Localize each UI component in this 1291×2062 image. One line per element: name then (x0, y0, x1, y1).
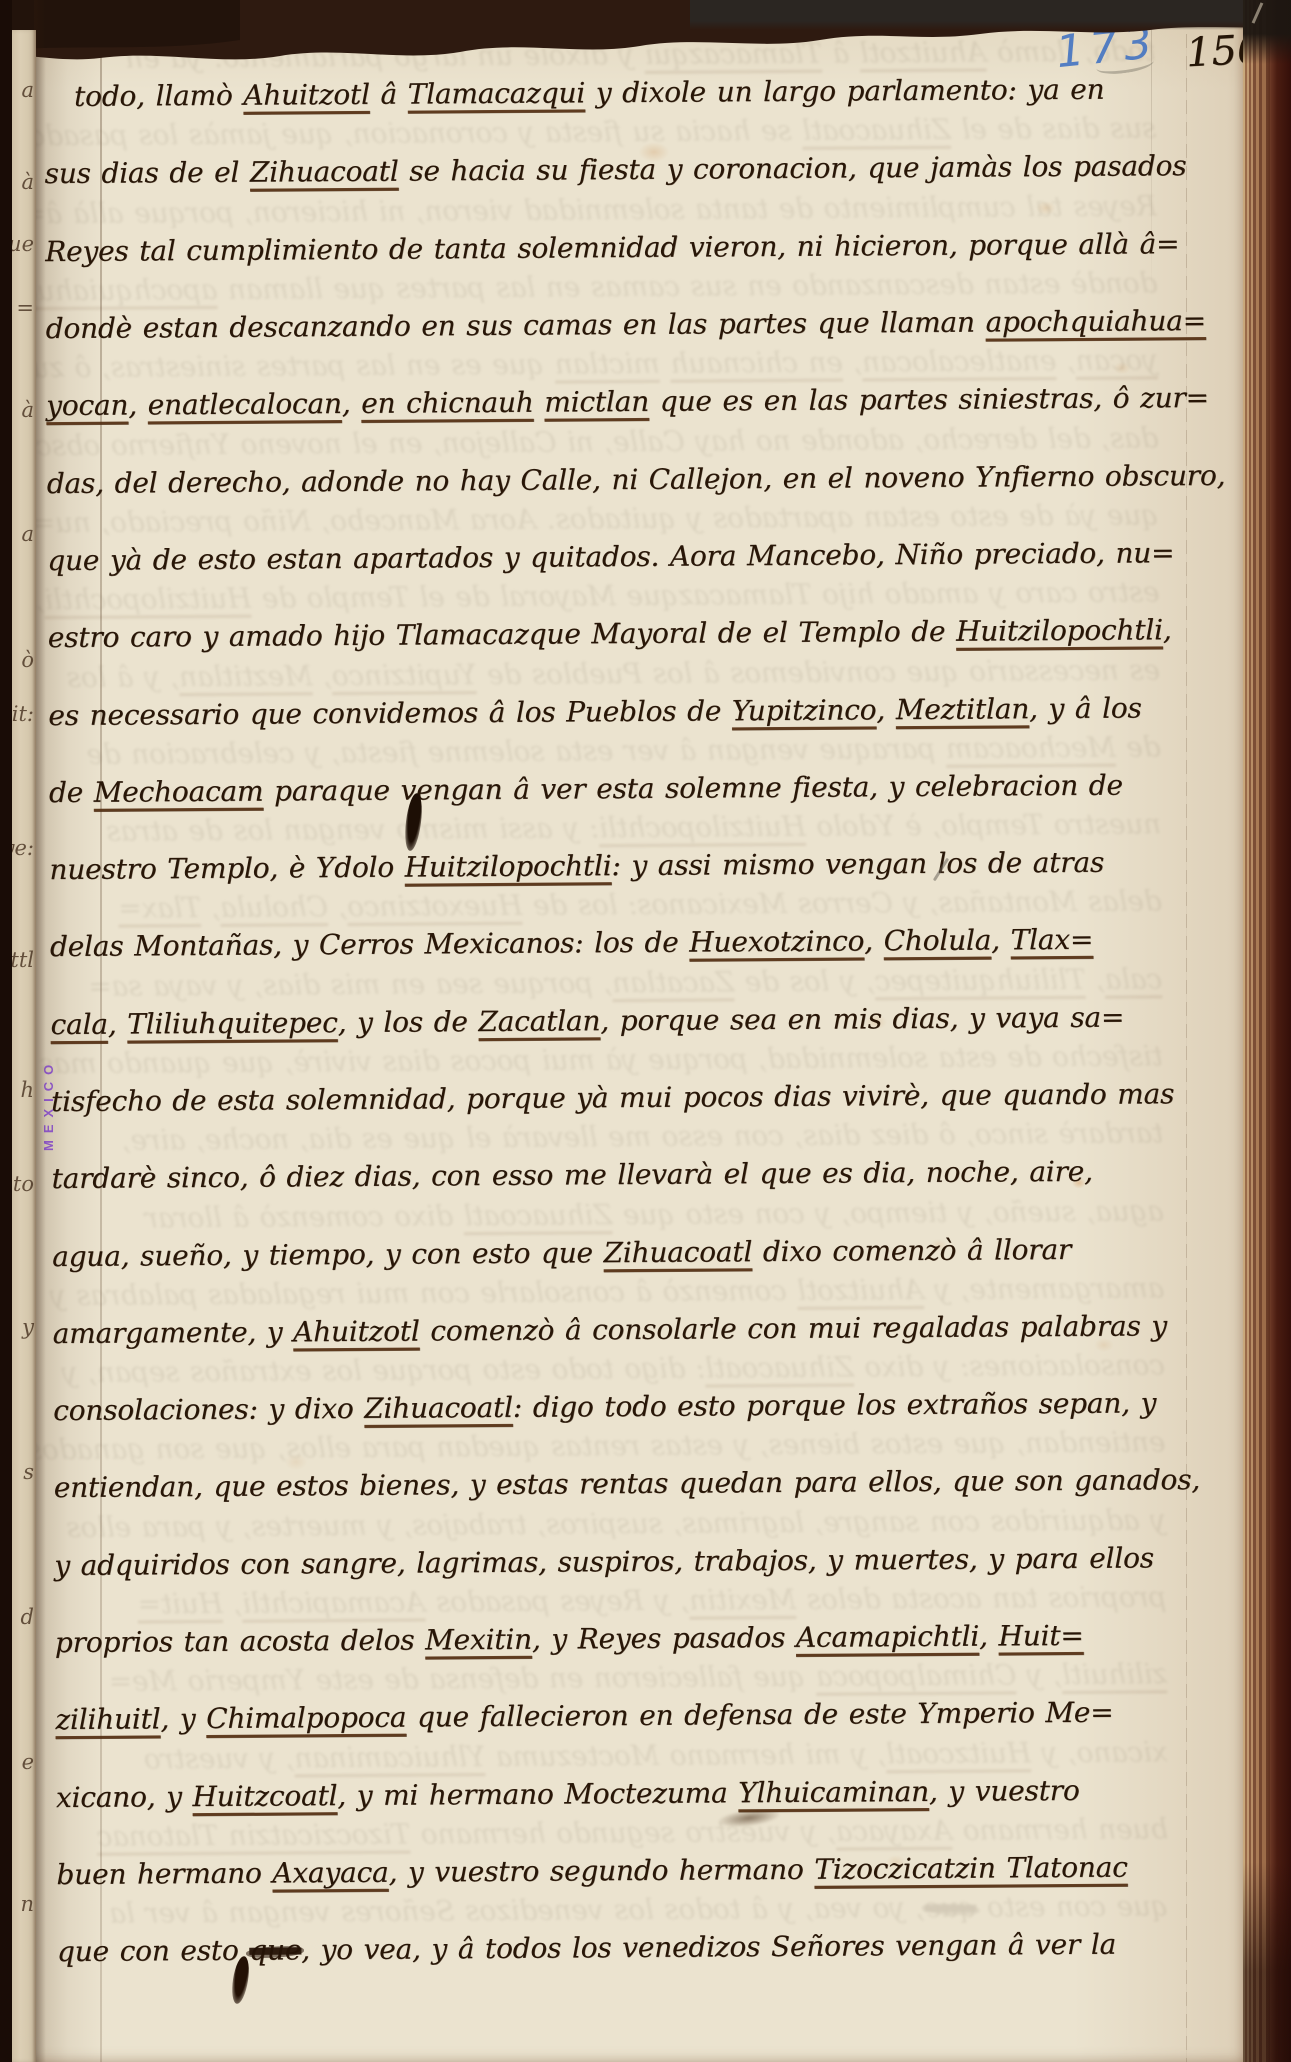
adjacent-page-text-fragment: n (20, 1892, 34, 1916)
manuscript-line: xicano, y Huitzcoatl, y mi hermano Mocte… (56, 1751, 1169, 1836)
manuscript-line: Reyes tal cumplimiento de tanta solemnid… (45, 205, 1158, 290)
manuscript-line: sus dias de el Zihuacoatl se hacia su fi… (44, 128, 1157, 213)
adjacent-page-text-fragment: à (21, 170, 34, 194)
binding-cloth-corner (690, 0, 1243, 30)
manuscript-scan: { "page": { "folio_number": "156.", "blu… (0, 0, 1291, 2062)
manuscript-line: das, del derecho, adonde no hay Calle, n… (46, 437, 1159, 522)
manuscript-line: todo, llamò Ahuitzotl â Tlamacazqui y di… (44, 50, 1157, 135)
manuscript-line: que yà de esto estan apartados y quitado… (47, 514, 1160, 599)
manuscript-line: tardarè sinco, ô diez dias, con esso me … (51, 1132, 1164, 1217)
manuscript-line: yocan, enatlecalocan, en chicnauh mictla… (46, 360, 1159, 445)
manuscript-line: consolaciones: y dixo Zihuacoatl: digo t… (53, 1364, 1166, 1449)
manuscript-line: entiendan, que estos bienes, y estas ren… (53, 1442, 1166, 1527)
manuscript-line: dondè estan descanzando en sus camas en … (45, 282, 1158, 367)
adjacent-page-text-fragment: d (21, 1605, 34, 1629)
adjacent-page-text-fragment: y (22, 1315, 34, 1339)
manuscript-line: tisfecho de esta solemnidad, porque yà m… (51, 1055, 1164, 1140)
adjacent-page-text-fragment: h (20, 1078, 34, 1102)
adjacent-page-text-fragment: a (21, 522, 34, 546)
manuscript-line: que con esto que, yo vea, y â todos los … (57, 1905, 1170, 1990)
manuscript-line: estro caro y amado hijo Tlamacazque Mayo… (48, 591, 1161, 676)
adjacent-page-text-fragment: to (13, 1172, 34, 1196)
manuscript-line: es necessario que convidemos â los Puebl… (48, 669, 1161, 754)
manuscript-line: zilihuitl, y Chimalpopoca que falleciero… (55, 1674, 1168, 1759)
left-page-sliver: aàue=àaòuit:ye:ttlhtoysden (10, 30, 36, 2062)
manuscript-line: de Mechoacam paraque vengan â ver esta s… (49, 746, 1162, 831)
page-stack-edge (1243, 0, 1291, 2062)
adjacent-page-text-fragment: a (21, 78, 34, 102)
manuscript-text: todo, llamò Ahuitzotl â Tlamacazqui y di… (44, 50, 1169, 1990)
manuscript-line: cala, Tliliuhquitepec, y los de Zacatlan… (50, 978, 1163, 1063)
adjacent-page-text-fragment: ttl (10, 948, 34, 972)
adjacent-page-text-fragment: = (16, 296, 34, 320)
adjacent-page-text-fragment: s (23, 1460, 34, 1484)
manuscript-line: buen hermano Axayaca, y vuestro segundo … (56, 1828, 1169, 1913)
adjacent-page-text-fragment: à (21, 398, 34, 422)
manuscript-line: proprios tan acosta delos Mexitin, y Rey… (55, 1596, 1168, 1681)
adjacent-page-text-fragment: ò (21, 648, 34, 672)
binding-left-edge (0, 0, 12, 2062)
manuscript-line: nuestro Templo, è Ydolo Huitzilopochtli:… (49, 823, 1162, 908)
manuscript-line: amargamente, y Ahuitzotl comenzò â conso… (52, 1287, 1165, 1372)
manuscript-line: agua, sueño, y tiempo, y con esto que Zi… (52, 1210, 1165, 1295)
handwriting-area: todo, llamò Ahuitzotl â Tlamacazqui y di… (0, 0, 1291, 2062)
adjacent-page-text-fragment: e (22, 1750, 34, 1774)
manuscript-line: delas Montañas, y Cerros Mexicanos: los … (50, 901, 1163, 986)
manuscript-line: y adquiridos con sangre, lagrimas, suspi… (54, 1519, 1167, 1604)
